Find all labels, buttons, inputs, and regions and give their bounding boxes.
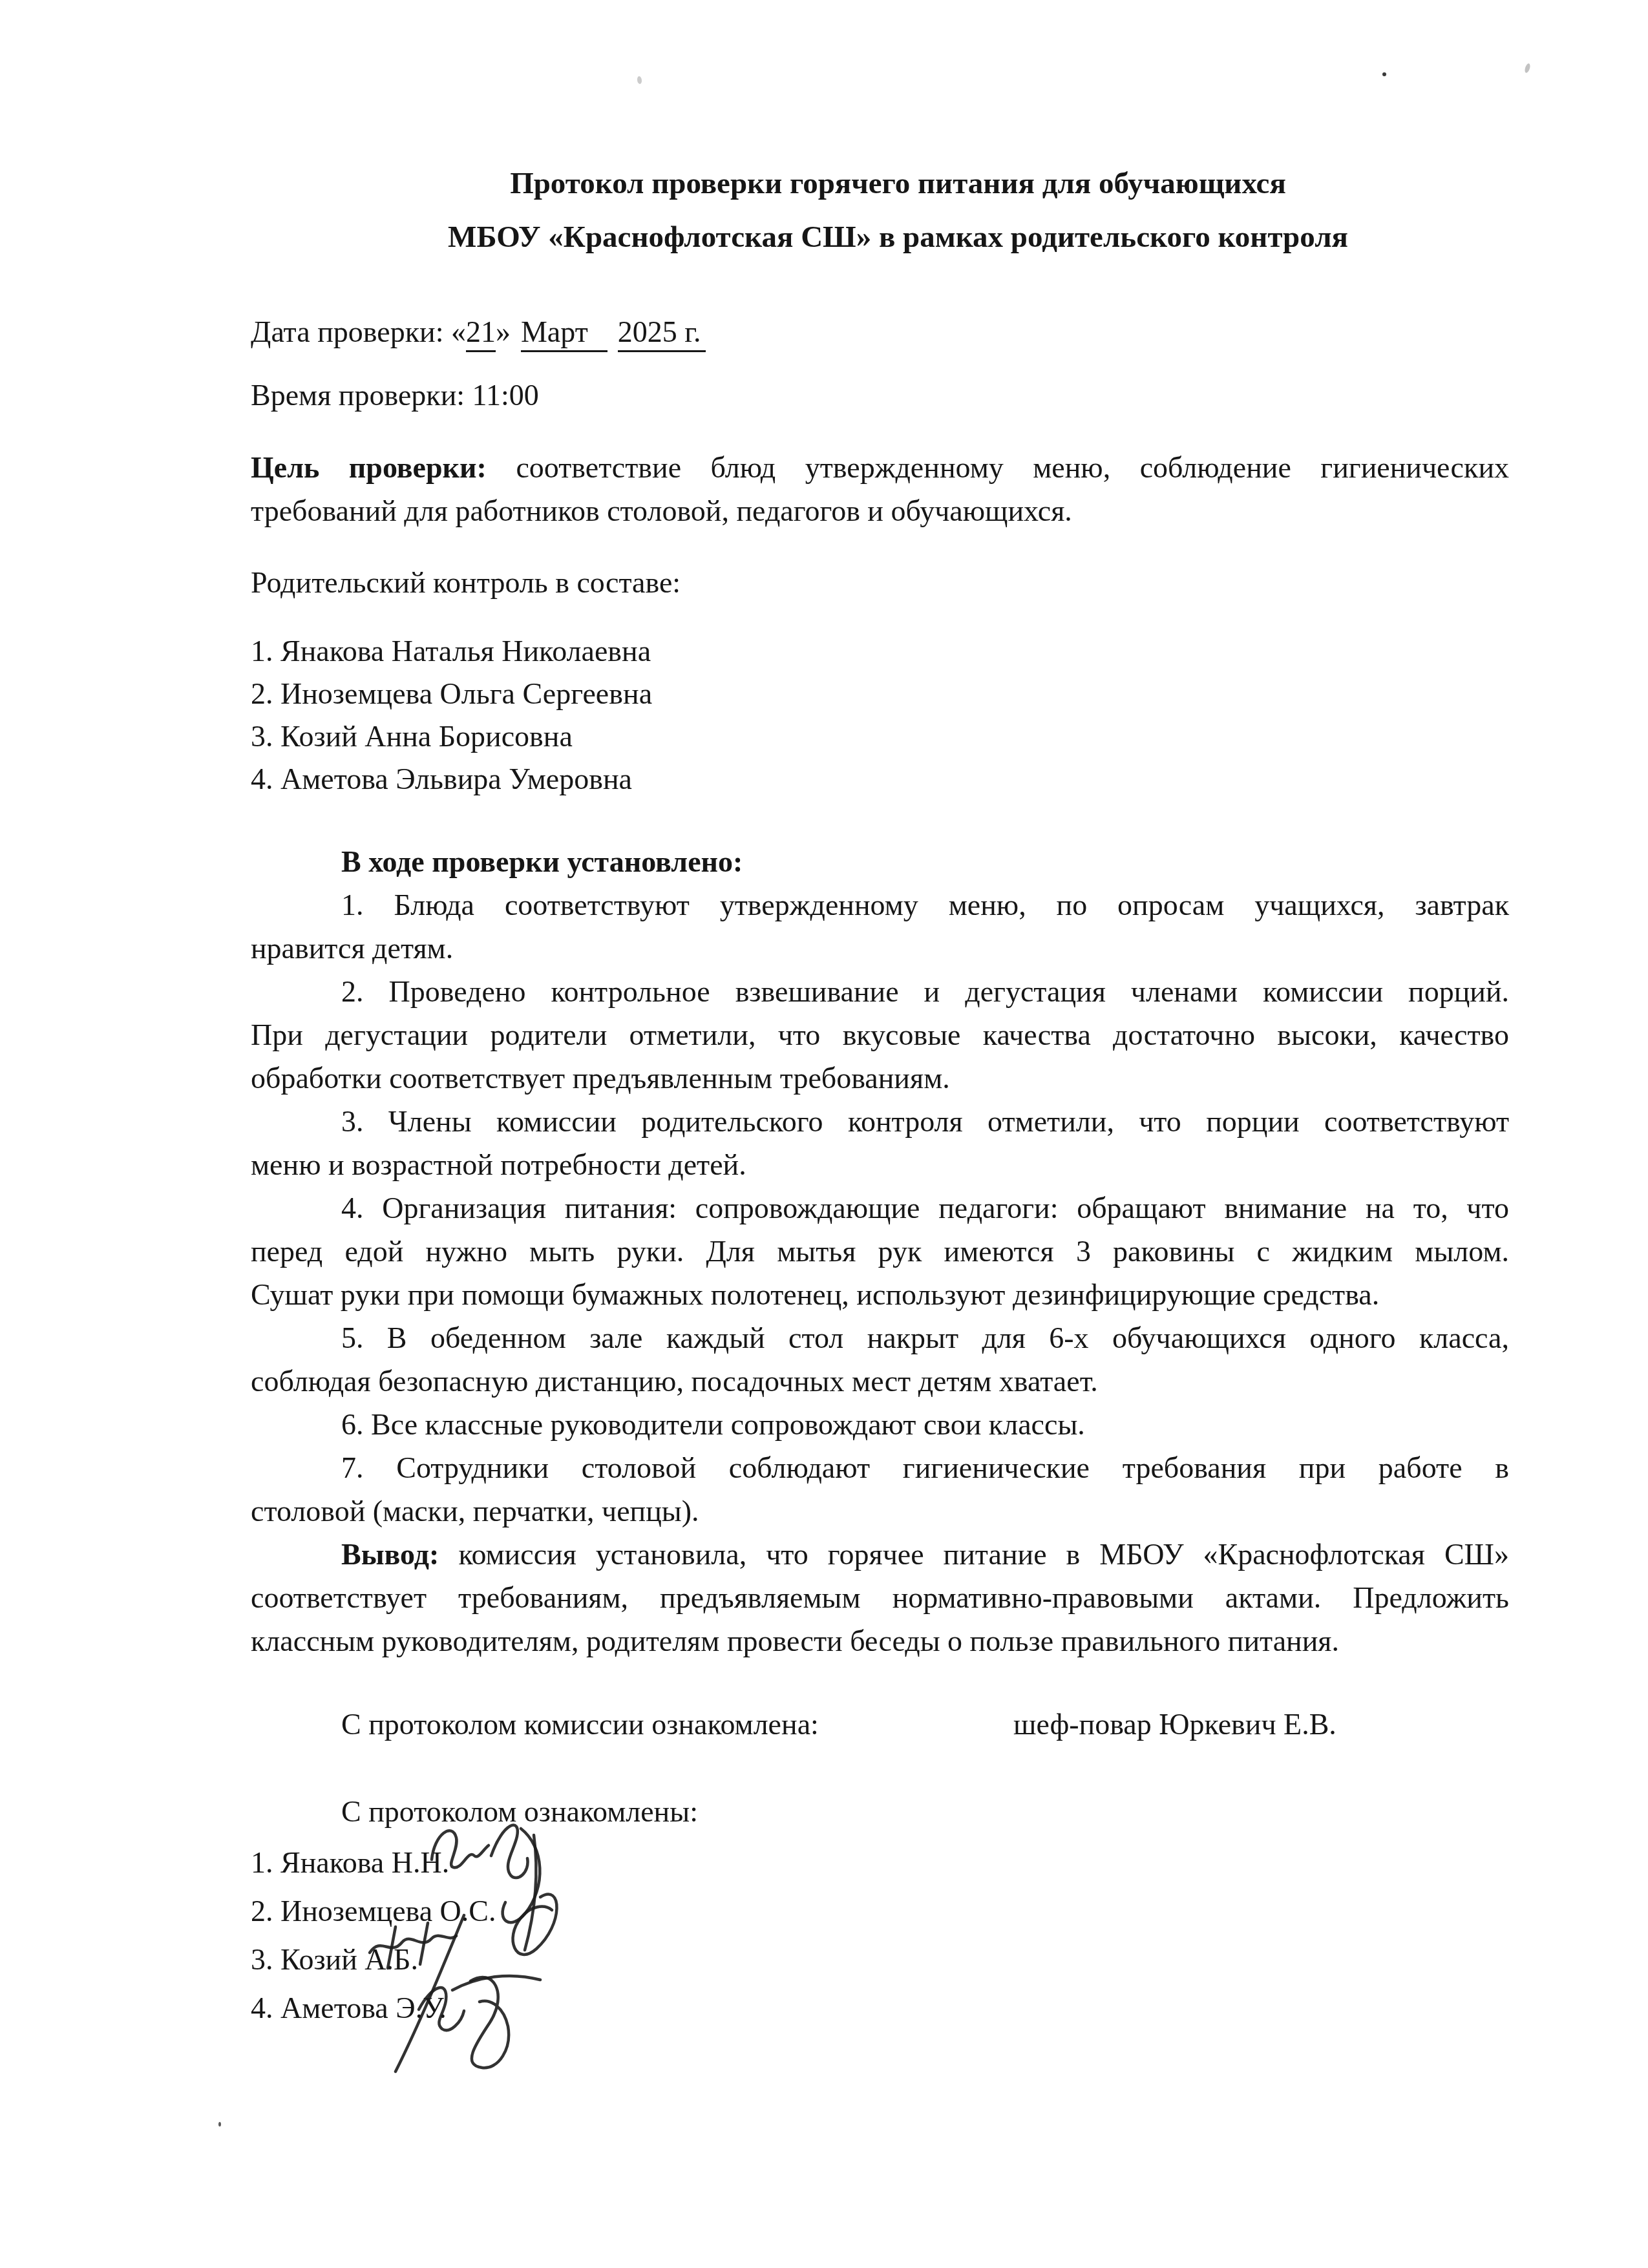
- findings-section: В ходе проверки установлено: 1. Блюда со…: [251, 840, 1509, 1663]
- finding-line: классным руководителям, родителям провес…: [251, 1619, 1509, 1663]
- finding-line: 7. Сотрудники столовой соблюдают гигиени…: [251, 1446, 1509, 1489]
- goal-text: соответствие блюд утвержденному меню, со…: [487, 451, 1509, 484]
- composition-header: Родительский контроль в составе:: [251, 561, 1509, 604]
- date-year: 2025 г.: [618, 315, 706, 352]
- conclusion-text: комиссия установила, что горячее питание…: [439, 1538, 1509, 1571]
- finding-line: 5. В обеденном зале каждый стол накрыт д…: [251, 1316, 1509, 1360]
- finding-line: нравится детям.: [251, 927, 1509, 970]
- chef-name: шеф-повар Юркевич Е.В.: [1013, 1703, 1336, 1746]
- finding-line: 2. Проведено контрольное взвешивание и д…: [251, 970, 1509, 1013]
- conclusion-line: Вывод: комиссия установила, что горячее …: [251, 1533, 1509, 1576]
- title-line-2: МБОУ «Краснофлотская СШ» в рамках родите…: [269, 211, 1527, 264]
- signatory-item: 4. Аметова Э.У.: [251, 1984, 1509, 2032]
- finding-line: столовой (маски, перчатки, чепцы).: [251, 1489, 1509, 1533]
- document-title: Протокол проверки горячего питания для о…: [269, 157, 1527, 264]
- member-item: 2. Иноземцева Ольга Сергеевна: [251, 673, 1509, 715]
- committee-members-list: 1. Янакова Наталья Николаевна 2. Иноземц…: [251, 630, 1509, 801]
- finding-line: соблюдая безопасную дистанцию, посадочны…: [251, 1360, 1509, 1403]
- finding-line: Сушат руки при помощи бумажных полотенец…: [251, 1273, 1509, 1316]
- finding-line: 6. Все классные руководители сопровождаю…: [251, 1403, 1509, 1446]
- finding-line: 1. Блюда соответствуют утвержденному мен…: [251, 883, 1509, 927]
- acknowledgement-text: С протоколом комиссии ознакомлена:: [341, 1708, 819, 1741]
- inspection-time-line: Время проверки: 11:00: [251, 373, 1509, 417]
- scan-speck: [218, 2122, 221, 2126]
- date-close-quote: »: [496, 315, 511, 348]
- findings-header: В ходе проверки установлено:: [251, 840, 1509, 883]
- signatories-list: 1. Янакова Н.Н. 2. Иноземцева О.С. 3. Ко…: [251, 1838, 1509, 2032]
- member-item: 1. Янакова Наталья Николаевна: [251, 630, 1509, 673]
- scan-speck: [1382, 72, 1386, 76]
- conclusion-label: Вывод:: [341, 1538, 439, 1571]
- finding-line: соответствует требованиям, предъявляемым…: [251, 1576, 1509, 1619]
- date-day: 21: [466, 315, 496, 352]
- goal-line-2: требований для работников столовой, педа…: [251, 489, 1509, 532]
- finding-line: меню и возрастной потребности детей.: [251, 1143, 1509, 1186]
- signatory-item: 3. Козий А.Б.: [251, 1935, 1509, 1984]
- date-prefix: Дата проверки: «: [251, 315, 466, 348]
- signatory-item: 1. Янакова Н.Н.: [251, 1838, 1509, 1887]
- scanned-protocol-document: Протокол проверки горячего питания для о…: [0, 0, 1648, 2268]
- date-month: Март: [521, 315, 607, 352]
- finding-line: 4. Организация питания: сопровождающие п…: [251, 1186, 1509, 1230]
- signatory-item: 2. Иноземцева О.С.: [251, 1887, 1509, 1935]
- goal-line-1: Цель проверки: соответствие блюд утвержд…: [251, 446, 1509, 489]
- acknowledged-header: С протоколом ознакомлены:: [251, 1790, 1509, 1833]
- title-line-1: Протокол проверки горячего питания для о…: [269, 157, 1527, 211]
- scan-speck: [1524, 63, 1531, 73]
- inspection-date-line: Дата проверки: «21»Март2025 г.: [251, 310, 1509, 353]
- finding-line: 3. Члены комиссии родительского контроля…: [251, 1100, 1509, 1143]
- member-item: 4. Аметова Эльвира Умеровна: [251, 758, 1509, 801]
- goal-label: Цель проверки:: [251, 451, 487, 484]
- scan-speck: [637, 76, 642, 85]
- finding-line: При дегустации родители отметили, что вк…: [251, 1013, 1509, 1056]
- member-item: 3. Козий Анна Борисовна: [251, 715, 1509, 758]
- finding-line: перед едой нужно мыть руки. Для мытья ру…: [251, 1230, 1509, 1273]
- acknowledgement-line: С протоколом комиссии ознакомлена: шеф-п…: [251, 1703, 1509, 1746]
- finding-line: обработки соответствует предъявленным тр…: [251, 1056, 1509, 1100]
- inspection-goal: Цель проверки: соответствие блюд утвержд…: [251, 446, 1509, 532]
